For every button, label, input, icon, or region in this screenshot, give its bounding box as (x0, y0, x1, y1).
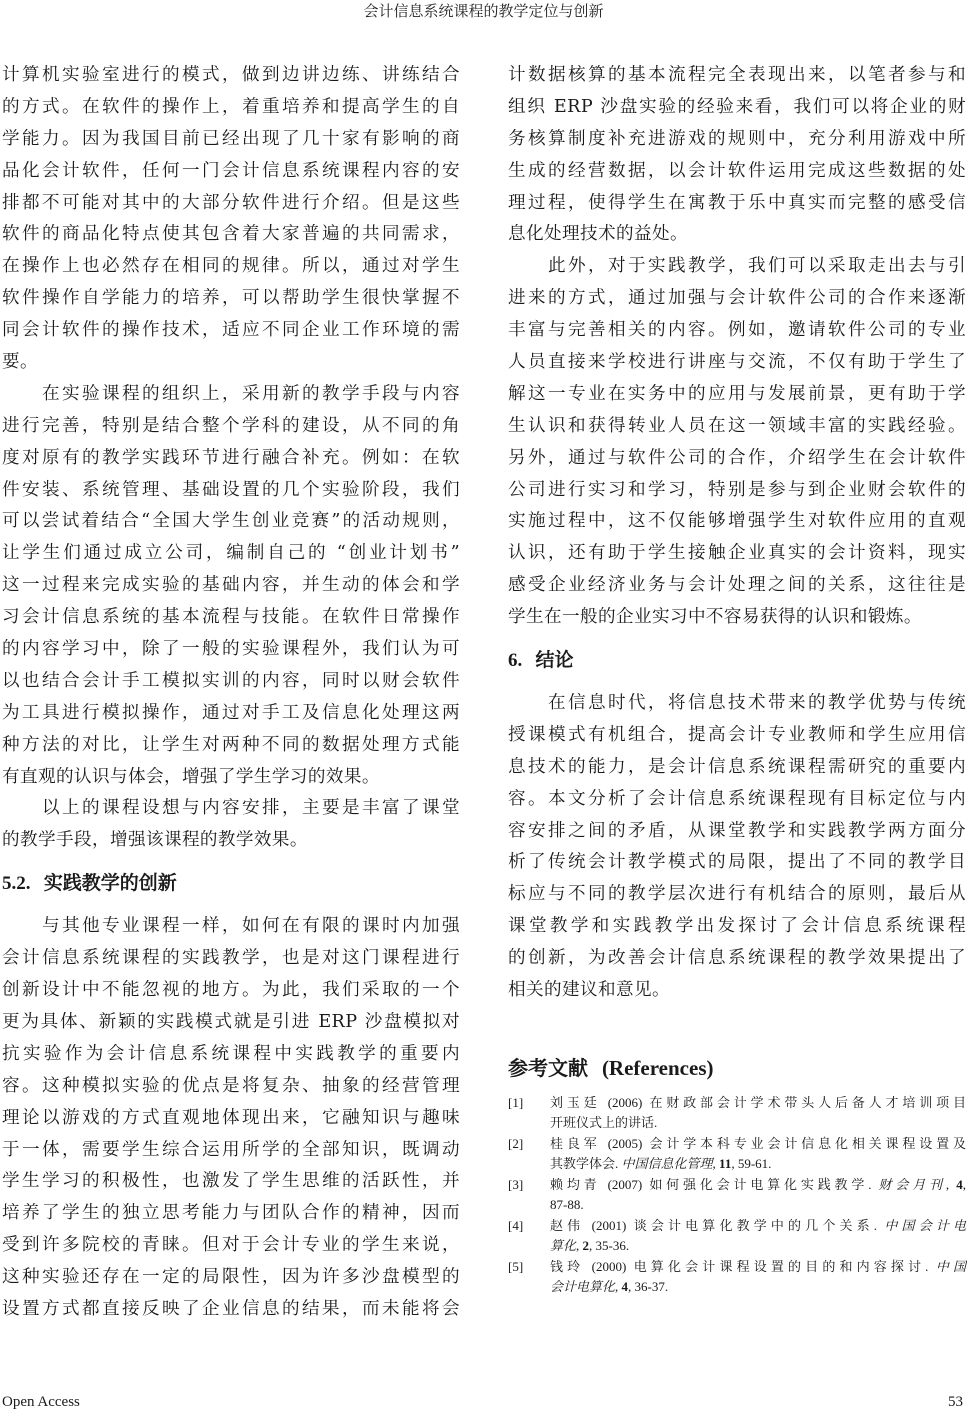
text-line: 在操作上也必然存在相同的规律。所以，通过对学生 (2, 251, 460, 283)
text-line: 更为具体、新颖的实践模式就是引进 ERP 沙盘模拟对 (2, 1007, 460, 1039)
text-line: 息技术的能力，是会计信息系统课程需研究的重要内 (508, 752, 966, 784)
text-line: 的内容学习中，除了一般的实验课程外，我们认为可 (2, 634, 460, 666)
text-line: 容。这种模拟实验的优点是将复杂、抽象的经营管理 (2, 1071, 460, 1103)
reference-line: 开班仪式上的讲话. (550, 1113, 966, 1134)
text-line: 创新设计中不能忽视的地方。为此，我们采取的一个 (2, 975, 460, 1007)
text-line: 的创新，为改善会计信息系统课程的教学效果提出了 (508, 943, 966, 975)
reference-line: 赵伟 (2001) 谈会计电算化教学中的几个关系. 中国会计电 (550, 1216, 966, 1237)
page-number: 53 (948, 1393, 963, 1411)
reference-number: [4] (508, 1216, 523, 1237)
reference-journal: 会计电算化 (550, 1279, 615, 1294)
left-column: 计算机实验室进行的模式，做到边讲边练、讲练结合 的方式。在软件的操作上，着重培养… (2, 60, 460, 1326)
reference-line: 桂良军 (2005) 会计学本科专业会计信息化相关课程设置及 (550, 1134, 966, 1155)
text-line: 此外，对于实践教学，我们可以采取走出去与引 (508, 251, 966, 283)
reference-pages: , 59-61. (731, 1156, 771, 1171)
reference-line: 赖均青 (2007) 如何强化会计电算化实践教学. 财会月刊, 4, (550, 1175, 966, 1196)
reference-pages: , 35-36. (589, 1238, 629, 1253)
text-line: 与其他专业课程一样，如何在有限的课时内加强 (2, 911, 460, 943)
text-line: 会计信息系统课程的实践教学，也是对这门课程进行 (2, 943, 460, 975)
section-title: 结论 (535, 649, 573, 671)
text-line: 习会计信息系统的基本流程与技能。在软件日常操作 (2, 602, 460, 634)
paragraph: 在实验课程的组织上，采用新的教学手段与内容 进行完善，特别是结合整个学科的建设，… (2, 379, 460, 794)
text-line: 课堂教学和实践教学出发探讨了会计信息系统课程 (508, 911, 966, 943)
reference-number: [1] (508, 1093, 523, 1114)
reference-item: [3] 赖均青 (2007) 如何强化会计电算化实践教学. 财会月刊, 4, 8… (508, 1175, 966, 1216)
text-line: 理过程，使得学生在寓教于乐中真实而完整的感受信 (508, 188, 966, 220)
reference-item: [1] 刘玉廷 (2006) 在财政部会计学术带头人后备人才培训项目 开班仪式上… (508, 1093, 966, 1134)
text-line: 学生学习的积极性，也激发了学生思维的活跃性，并 (2, 1166, 460, 1198)
text-line: 息化处理技术的益处。 (508, 219, 966, 251)
reference-volume: 4 (956, 1177, 963, 1192)
text-line: 软件的商品化特点使其包含着大家普遍的共同需求， (2, 219, 460, 251)
reference-title: 钱玲 (2000) 电算化会计课程设置的目的和内容探讨. (550, 1259, 936, 1274)
text-line: 生成的经营数据，以会计软件运用完成这些数据的处 (508, 156, 966, 188)
text-line: 容安排之间的矛盾，从课堂教学和实践教学两方面分 (508, 816, 966, 848)
text-line: 计数据核算的基本流程完全表现出来，以笔者参与和 (508, 60, 966, 92)
references-heading-en: (References) (602, 1056, 714, 1080)
references-heading: 参考文献 (References) (508, 1055, 966, 1081)
reference-item: [4] 赵伟 (2001) 谈会计电算化教学中的几个关系. 中国会计电 算化, … (508, 1216, 966, 1257)
reference-journal: 算化 (550, 1238, 576, 1253)
text-line: 度对原有的教学实践环节进行融合补充。例如：在软 (2, 443, 460, 475)
text-line: 让学生们通过成立公司，编制自己的 “创业计划书” (2, 538, 460, 570)
reference-item: [2] 桂良军 (2005) 会计学本科专业会计信息化相关课程设置及 其教学体会… (508, 1134, 966, 1175)
text-line: 认识，还有助于学生接触企业真实的会计资料，现实 (508, 538, 966, 570)
text-line: 种方法的对比，让学生对两种不同的数据处理方式能 (2, 730, 460, 762)
text-line: 理论以游戏的方式直观地体现出来，它融知识与趣味 (2, 1103, 460, 1135)
text-line: 培养了学生的独立思考能力与团队合作的精神，因而 (2, 1198, 460, 1230)
reference-number: [3] (508, 1175, 523, 1196)
text-line: 进行完善，特别是结合整个学科的建设，从不同的角 (2, 411, 460, 443)
reference-journal: 中国会计电 (884, 1218, 966, 1233)
text-line: 组织 ERP 沙盘实验的经验来看，我们可以将企业的财 (508, 92, 966, 124)
text-line: 于一体，需要学生综合运用所学的全部知识，既调动 (2, 1135, 460, 1167)
text-line: 实施过程中，这不仅能够增强学生对软件应用的直观 (508, 506, 966, 538)
text-line: 标应与不同的教学层次进行有机结合的原则，最后从 (508, 879, 966, 911)
reference-item: [5] 钱玲 (2000) 电算化会计课程设置的目的和内容探讨. 中国 会计电算… (508, 1257, 966, 1298)
text-line: 在实验课程的组织上，采用新的教学手段与内容 (2, 379, 460, 411)
text-line: 的教学手段，增强该课程的教学效果。 (2, 825, 460, 857)
text-line: 生认识和获得转业人员在这一领域丰富的实践经验。 (508, 411, 966, 443)
paragraph: 计数据核算的基本流程完全表现出来，以笔者参与和 组织 ERP 沙盘实验的经验来看… (508, 60, 966, 251)
text-line: 务核算制度补充进游戏的规则中，充分利用游戏中所 (508, 124, 966, 156)
text-line: 受到许多院校的青睐。但对于会计专业的学生来说， (2, 1230, 460, 1262)
footer-open-access: Open Access (2, 1393, 80, 1411)
section-heading-5-2: 5.2. 实践教学的创新 (2, 871, 460, 896)
section-title: 实践教学的创新 (44, 872, 177, 894)
text-line: 进来的方式，通过加强与会计软件公司的合作来逐渐 (508, 283, 966, 315)
running-header: 会计信息系统课程的教学定位与创新 (0, 0, 967, 22)
text-line: 这种实验还存在一定的局限性，因为许多沙盘模型的 (2, 1262, 460, 1294)
section-number: 5.2. (2, 873, 31, 894)
text-line: 丰富与完善相关的内容。例如，邀请软件公司的专业 (508, 315, 966, 347)
reference-pages: , 36-37. (628, 1279, 668, 1294)
text-line: 件安装、系统管理、基础设置的几个实验阶段，我们 (2, 475, 460, 507)
reference-line: 刘玉廷 (2006) 在财政部会计学术带头人后备人才培训项目 (550, 1093, 966, 1114)
paragraph: 此外，对于实践教学，我们可以采取走出去与引 进来的方式，通过加强与会计软件公司的… (508, 251, 966, 634)
reference-volume: 11 (719, 1156, 731, 1171)
text-line: 计算机实验室进行的模式，做到边讲边练、讲练结合 (2, 60, 460, 92)
text-line: 有直观的认识与体会，增强了学生学习的效果。 (2, 762, 460, 794)
right-column: 计数据核算的基本流程完全表现出来，以笔者参与和 组织 ERP 沙盘实验的经验来看… (508, 60, 966, 1298)
text-line: 软件操作自学能力的培养，可以帮助学生很快掌握不 (2, 283, 460, 315)
text-line: 排都不可能对其中的大部分软件进行介绍。但是这些 (2, 188, 460, 220)
text-line: 解这一专业在实务中的应用与发展前景，更有助于学 (508, 379, 966, 411)
reference-line: 会计电算化, 4, 36-37. (550, 1277, 966, 1298)
text-line: 另外，通过与软件公司的合作，介绍学生在会计软件 (508, 443, 966, 475)
reference-title: 其教学体会. (550, 1156, 622, 1171)
text-line: 相关的建议和意见。 (508, 975, 966, 1007)
reference-line: 其教学体会. 中国信息化管理, 11, 59-61. (550, 1154, 966, 1175)
text-line: 为工具进行模拟操作，通过对手工及信息化处理这两 (2, 698, 460, 730)
reference-journal: 财会月刊 (879, 1177, 946, 1192)
paragraph: 与其他专业课程一样，如何在有限的课时内加强 会计信息系统课程的实践教学，也是对这… (2, 911, 460, 1326)
reference-list: [1] 刘玉廷 (2006) 在财政部会计学术带头人后备人才培训项目 开班仪式上… (508, 1093, 966, 1298)
text-line: 以也结合会计手工模拟实训的内容，同时以财会软件 (2, 666, 460, 698)
text-line: 可以尝试着结合“全国大学生创业竞赛”的活动规则， (2, 506, 460, 538)
reference-title: 赵伟 (2001) 谈会计电算化教学中的几个关系. (550, 1218, 884, 1233)
reference-line: 钱玲 (2000) 电算化会计课程设置的目的和内容探讨. 中国 (550, 1257, 966, 1278)
reference-journal: 中国信息化管理 (622, 1156, 713, 1171)
text-line: 学能力。因为我国目前已经出现了几十家有影响的商 (2, 124, 460, 156)
text-line: 设置方式都直接反映了企业信息的结果，而未能将会 (2, 1294, 460, 1326)
text-line: 在信息时代，将信息技术带来的教学优势与传统 (508, 688, 966, 720)
reference-title: 赖均青 (2007) 如何强化会计电算化实践教学. (550, 1177, 879, 1192)
text-line: 人员直接来学校进行讲座与交流，不仅有助于学生了 (508, 347, 966, 379)
paragraph: 以上的课程设想与内容安排，主要是丰富了课堂 的教学手段，增强该课程的教学效果。 (2, 793, 460, 857)
text-line: 学生在一般的企业实习中不容易获得的认识和锻炼。 (508, 602, 966, 634)
reference-pages: 87-88. (550, 1195, 966, 1216)
text-line: 以上的课程设想与内容安排，主要是丰富了课堂 (2, 793, 460, 825)
section-heading-6: 6. 结论 (508, 648, 966, 673)
reference-number: [5] (508, 1257, 523, 1278)
text-line: 品化会计软件，任何一门会计信息系统课程内容的安 (2, 156, 460, 188)
text-line: 同会计软件的操作技术，适应不同企业工作环境的需 (2, 315, 460, 347)
text-line: 这一过程来完成实验的基础内容，并生动的体会和学 (2, 570, 460, 602)
text-line: 要。 (2, 347, 460, 379)
text-line: 感受企业经济业务与会计处理之间的关系，这往往是 (508, 570, 966, 602)
text-line: 授课模式有机组合，提高会计专业教师和学生应用信 (508, 720, 966, 752)
paragraph: 在信息时代，将信息技术带来的教学优势与传统 授课模式有机组合，提高会计专业教师和… (508, 688, 966, 1007)
text-line: 的方式。在软件的操作上，着重培养和提高学生的自 (2, 92, 460, 124)
section-number: 6. (508, 650, 522, 671)
paragraph: 计算机实验室进行的模式，做到边讲边练、讲练结合 的方式。在软件的操作上，着重培养… (2, 60, 460, 379)
text-line: 容。本文分析了会计信息系统课程现有目标定位与内 (508, 784, 966, 816)
reference-number: [2] (508, 1134, 523, 1155)
text-line: 析了传统会计教学模式的局限，提出了不同的教学目 (508, 847, 966, 879)
text-line: 抗实验作为会计信息系统课程中实践教学的重要内 (2, 1039, 460, 1071)
text-line: 公司进行实习和学习，特别是参与到企业财会软件的 (508, 475, 966, 507)
references-heading-cn: 参考文献 (508, 1056, 588, 1080)
reference-line: 算化, 2, 35-36. (550, 1236, 966, 1257)
reference-journal: 中国 (936, 1259, 966, 1274)
